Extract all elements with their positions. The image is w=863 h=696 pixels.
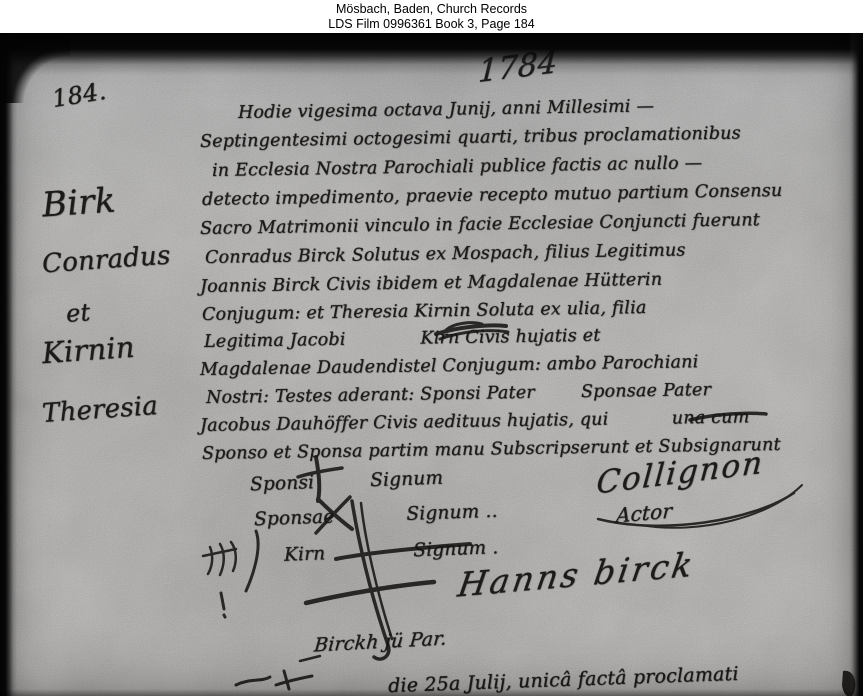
body-line: Conjugum: et Theresia Kirnin Soluta ex u…	[202, 298, 647, 325]
ink-blob	[842, 671, 855, 696]
next-entry-partial-line: die 25a Julij, unicâ factâ proclamati	[388, 663, 739, 696]
body-line: Legitima Jacobi Kirn Civis hujatis et	[204, 326, 601, 352]
sponsae-signum-label: Signum ..	[406, 501, 498, 525]
year-heading: 1784	[477, 44, 558, 90]
body-line: Jacobus Dauhöffer Civis aedituus hujatis…	[200, 407, 750, 436]
ink-tick-mark	[221, 593, 225, 617]
body-line: detecto impedimento, praevie recepto mut…	[202, 181, 783, 210]
scan-dark-edge-right	[849, 33, 863, 696]
sponsi-label: Sponsi	[250, 472, 315, 495]
body-line: Magdalenae Daudendistel Conjugum: ambo P…	[200, 352, 699, 380]
body-line: Sacro Matrimonii vinculo in facie Eccles…	[200, 210, 760, 239]
priest-title: Actor	[615, 498, 672, 527]
body-line: Conradus Birck Solutus ex Mospach, filiu…	[205, 240, 686, 268]
body-line: Septingentesimi octogesimi quarti, tribu…	[200, 124, 741, 152]
kirn-signum-label: Signum .	[413, 537, 499, 561]
caption-film-reference: LDS Film 0996361 Book 3, Page 184	[0, 17, 863, 32]
scan-dark-edge-top	[0, 33, 863, 75]
caption-header: Mösbach, Baden, Church Records LDS Film …	[0, 0, 863, 33]
sponsae-mark-line: SponsaeSignum ..	[254, 501, 498, 530]
screenshot-root: Mösbach, Baden, Church Records LDS Film …	[0, 0, 863, 696]
body-line: Hodie vigesima octava Junij, anni Milles…	[238, 96, 654, 123]
scanned-document-page: 1784 184. Birk Conradus et Kirnin Theres…	[0, 33, 863, 696]
sponsi-signum-label: Signum	[370, 468, 444, 492]
sponsi-mark-line: SponsiSignum	[250, 468, 444, 496]
margin-page-number: 184.	[50, 77, 108, 113]
margin-name-surname-groom: Birk	[41, 180, 117, 225]
margin-name-groom-firstname: Conradus	[41, 241, 171, 280]
kirn-mark-line: KirnSignum .	[284, 537, 499, 565]
body-line: Nostri: Testes aderant: Sponsi Pater Spo…	[206, 380, 711, 408]
caption-location: Mösbach, Baden, Church Records	[0, 2, 863, 17]
father-annotation: Birckh jü Par.	[313, 627, 448, 656]
kirn-cross-gap	[326, 556, 414, 559]
body-line: Joannis Birck Civis ibidem et Magdalenae…	[200, 270, 663, 297]
margin-name-bride-firstname: Theresia	[41, 391, 159, 429]
margin-name-surname-bride: Kirnin	[41, 330, 136, 370]
body-line: in Ecclesia Nostra Parochiali publice fa…	[212, 153, 703, 181]
sponsi-cross-gap	[314, 486, 370, 488]
ink-scribble-monogram	[203, 531, 258, 591]
kirn-label: Kirn	[284, 543, 326, 565]
bottom-line-scribbles	[236, 656, 320, 689]
margin-name-et: et	[65, 298, 91, 328]
scan-dark-edge-left	[0, 33, 17, 696]
sponsae-cross-gap	[335, 520, 407, 523]
sponsae-label: Sponsae	[254, 506, 335, 530]
